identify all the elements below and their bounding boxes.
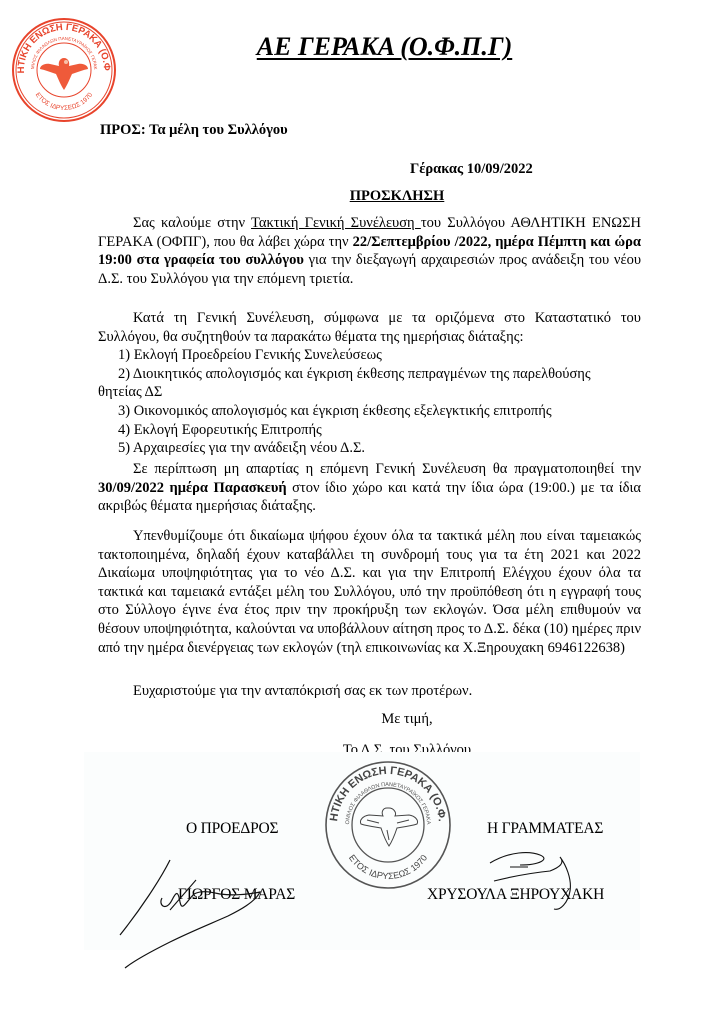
secretary-role: Η ΓΡΑΜΜΑΤΕΑΣ bbox=[487, 820, 603, 838]
invitation-heading: ΠΡΟΣΚΛΗΣΗ bbox=[0, 188, 724, 205]
recipient-line: ΠΡΟΣ: Τα μέλη του Συλλόγου bbox=[100, 122, 288, 139]
meeting-type: Τακτική Γενική Συνέλευση bbox=[251, 215, 421, 231]
document-title: ΑΕ ΓΕΡΑΚΑ (Ο.Φ.Π.Γ) bbox=[0, 32, 724, 62]
official-stamp: ΑΘΛΗΤΙΚΗ ΕΝΩΣΗ ΓΕΡΑΚΑ (Ο.Φ.Π.Γ.) ΟΜΙΛΟΣ … bbox=[323, 760, 453, 890]
president-role: Ο ΠΡΟΕΔΡΟΣ bbox=[186, 820, 278, 838]
secretary-signature-icon bbox=[480, 845, 610, 915]
agenda-item: 2) Διοικητικός απολογισμός και έγκριση έ… bbox=[98, 365, 641, 384]
agenda-item: 3) Οικονομικός απολογισμός και έγκριση έ… bbox=[98, 402, 641, 421]
closing-regards: Με τιμή, bbox=[0, 711, 724, 728]
svg-text:ΕΤΟΣ ΙΔΡΥΣΕΩΣ 1970: ΕΤΟΣ ΙΔΡΥΣΕΩΣ 1970 bbox=[34, 91, 95, 112]
backup-date: 30/09/2022 ημέρα Παρασκευή bbox=[98, 480, 287, 496]
place-date: Γέρακας 10/09/2022 bbox=[410, 161, 533, 178]
paragraph-eligibility: Υπενθυμίζουμε ότι δικαίωμα ψήφου έχουν ό… bbox=[98, 527, 641, 657]
agenda-item-continuation: θητείας ΔΣ bbox=[98, 383, 641, 402]
svg-text:ΕΤΟΣ ΙΔΡΥΣΕΩΣ 1970: ΕΤΟΣ ΙΔΡΥΣΕΩΣ 1970 bbox=[347, 853, 429, 881]
president-signature-icon bbox=[110, 850, 340, 970]
agenda-intro: Κατά τη Γενική Συνέλευση, σύμφωνα με τα … bbox=[98, 309, 641, 346]
paragraph-quorum: Σε περίπτωση μη απαρτίας η επόμενη Γενικ… bbox=[98, 460, 641, 516]
agenda-item: 1) Εκλογή Προεδρείου Γενικής Συνελεύσεως bbox=[98, 346, 641, 365]
paragraph-invitation: Σας καλούμε στην Τακτική Γενική Συνέλευσ… bbox=[98, 214, 641, 288]
paragraph-agenda: Κατά τη Γενική Συνέλευση, σύμφωνα με τα … bbox=[98, 309, 641, 458]
agenda-item: 5) Αρχαιρεσίες για την ανάδειξη νέου Δ.Σ… bbox=[98, 439, 641, 458]
agenda-item: 4) Εκλογή Εφορευτικής Επιτροπής bbox=[98, 421, 641, 440]
official-stamp-icon: ΑΘΛΗΤΙΚΗ ΕΝΩΣΗ ΓΕΡΑΚΑ (Ο.Φ.Π.Γ.) ΟΜΙΛΟΣ … bbox=[323, 760, 453, 890]
paragraph-thanks: Ευχαριστούμε για την ανταπόκρισή σας εκ … bbox=[98, 682, 641, 701]
